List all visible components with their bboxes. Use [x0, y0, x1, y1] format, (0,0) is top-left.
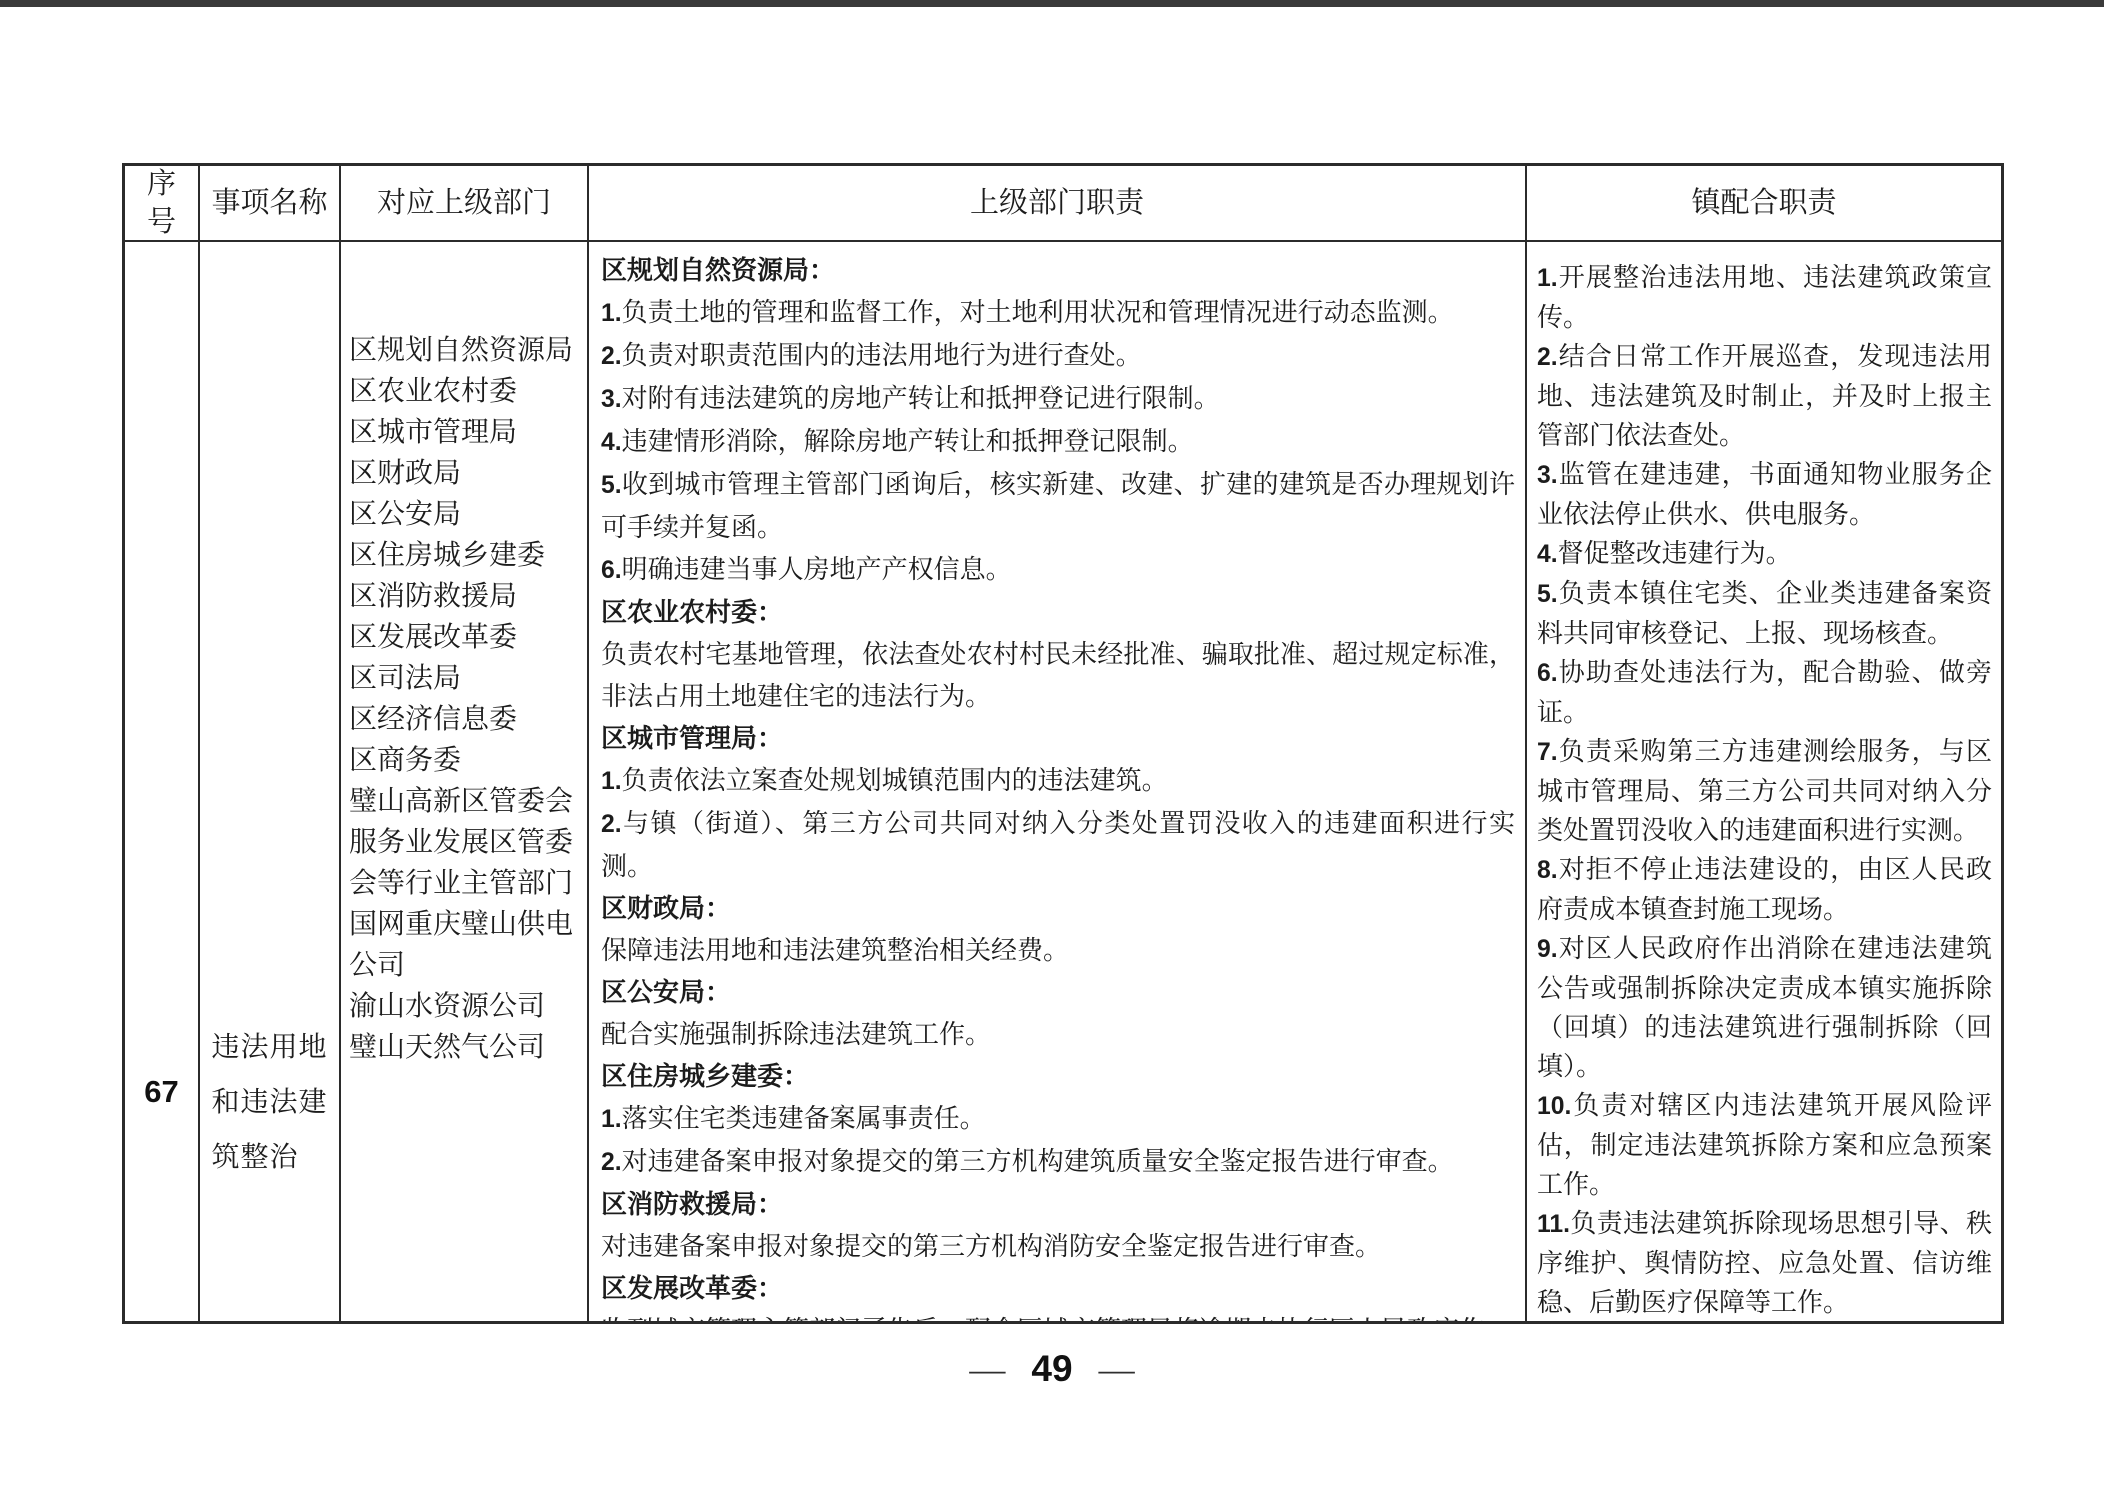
duty-number: 1.: [1537, 265, 1558, 292]
duty-text: 区发展改革委：: [601, 1274, 783, 1303]
header-town-duties: 镇配合职责: [1527, 166, 2001, 242]
duty-text: 负责对职责范围内的违法用地行为进行查处。: [622, 341, 1142, 370]
duty-text: 负责对辖区内违法建筑开展风险评估，制定违法建筑拆除方案和应急预案工作。: [1537, 1091, 1992, 1199]
duty-text: 结合日常工作开展巡查，发现违法用地、违法建筑及时制止，并及时上报主管部门依法查处…: [1537, 342, 1992, 450]
duty-paragraph: 4.督促整改违建行为。: [1537, 534, 1992, 574]
page-number: 49: [1031, 1348, 1072, 1390]
department-item: 渝山水资源公司: [349, 986, 579, 1027]
duty-text: 协助查处违法行为，配合勘验、做旁证。: [1537, 658, 1992, 727]
duty-text: 配合实施强制拆除违法建筑工作。: [601, 1020, 991, 1049]
item-name-text: 违法用地和违法建筑整治: [212, 1020, 328, 1185]
duty-paragraph: 7.负责采购第三方违建测绘服务，与区城市管理局、第三方公司共同对纳入分类处置罚没…: [1537, 732, 1992, 850]
duty-text: 与镇（街道）、第三方公司共同对纳入分类处置罚没收入的违建面积进行实测。: [601, 809, 1515, 881]
duty-number: 2.: [601, 1149, 622, 1176]
duty-number: 4.: [601, 429, 622, 456]
cell-departments: 区规划自然资源局区农业农村委区城市管理局区财政局区公安局区住房城乡建委区消防救援…: [341, 242, 589, 1321]
duty-paragraph: 6.协助查处违法行为，配合勘验、做旁证。: [1537, 653, 1992, 732]
duty-text: 区农业农村委：: [601, 598, 783, 627]
cell-seq-no: 67: [125, 242, 200, 1321]
duty-text: 收到城市管理主管部门函告后，配合区城市管理局将逾期未执行区人民政府作: [601, 1316, 1485, 1321]
duty-number: 5.: [1537, 581, 1558, 608]
header-item-name: 事项名称: [200, 166, 341, 242]
duty-text: 负责采购第三方违建测绘服务，与区城市管理局、第三方公司共同对纳入分类处置罚没收入…: [1537, 737, 1992, 845]
duty-paragraph: 区发展改革委：: [601, 1268, 1515, 1310]
duty-paragraph: 区规划自然资源局：: [601, 250, 1515, 292]
department-item: 区公安局: [349, 494, 579, 535]
duty-text: 区规划自然资源局：: [601, 256, 835, 285]
duty-number: 3.: [601, 386, 622, 413]
duty-paragraph: 2.与镇（街道）、第三方公司共同对纳入分类处置罚没收入的违建面积进行实测。: [601, 803, 1515, 888]
page-number-footer: — 49 —: [0, 1348, 2104, 1390]
duty-paragraph: 1.负责土地的管理和监督工作，对土地利用状况和管理情况进行动态监测。: [601, 292, 1515, 335]
superior-duty-list: 区规划自然资源局：1.负责土地的管理和监督工作，对土地利用状况和管理情况进行动态…: [601, 250, 1515, 1321]
header-superior-duties: 上级部门职责: [589, 166, 1527, 242]
department-item: 区商务委: [349, 740, 579, 781]
duty-paragraph: 9.对区人民政府作出消除在建违法建筑公告或强制拆除决定责成本镇实施拆除（回填）的…: [1537, 929, 1992, 1086]
duty-paragraph: 3.对附有违法建筑的房地产转让和抵押登记进行限制。: [601, 378, 1515, 421]
duty-number: 2.: [601, 343, 622, 370]
duty-paragraph: 对违建备案申报对象提交的第三方机构消防安全鉴定报告进行审查。: [601, 1226, 1515, 1268]
duty-text: 收到城市管理主管部门函询后，核实新建、改建、扩建的建筑是否办理规划许可手续并复函…: [601, 470, 1515, 542]
duty-paragraph: 2.负责对职责范围内的违法用地行为进行查处。: [601, 335, 1515, 378]
duty-text: 区公安局：: [601, 978, 731, 1007]
duty-number: 1.: [601, 768, 622, 795]
duty-text: 区住房城乡建委：: [601, 1062, 809, 1091]
duty-text: 开展整治违法用地、违法建筑政策宣传。: [1537, 263, 1992, 332]
duty-text: 督促整改违建行为。: [1558, 539, 1792, 568]
department-item: 区财政局: [349, 453, 579, 494]
department-item: 区经济信息委: [349, 699, 579, 740]
department-item: 区消防救援局: [349, 576, 579, 617]
duty-text: 区财政局：: [601, 894, 731, 923]
duty-text: 保障违法用地和违法建筑整治相关经费。: [601, 936, 1069, 965]
duty-paragraph: 区住房城乡建委：: [601, 1056, 1515, 1098]
department-item: 区规划自然资源局: [349, 330, 579, 371]
duty-paragraph: 2.对违建备案申报对象提交的第三方机构建筑质量安全鉴定报告进行审查。: [601, 1141, 1515, 1184]
duty-paragraph: 负责农村宅基地管理，依法查处农村村民未经批准、骗取批准、超过规定标准，非法占用土…: [601, 634, 1515, 718]
department-item: 区城市管理局: [349, 412, 579, 453]
duty-number: 6.: [601, 557, 622, 584]
duty-text: 负责违法建筑拆除现场思想引导、秩序维护、舆情防控、应急处置、信访维稳、后勤医疗保…: [1537, 1209, 1992, 1317]
duty-number: 4.: [1537, 541, 1558, 568]
duty-number: 7.: [1537, 739, 1558, 766]
duty-text: 落实住宅类违建备案属事责任。: [622, 1104, 986, 1133]
duty-paragraph: 8.对拒不停止违法建设的，由区人民政府责成本镇查封施工现场。: [1537, 850, 1992, 929]
duty-number: 2.: [601, 811, 622, 838]
duty-paragraph: 配合实施强制拆除违法建筑工作。: [601, 1014, 1515, 1056]
duty-paragraph: 10.负责对辖区内违法建筑开展风险评估，制定违法建筑拆除方案和应急预案工作。: [1537, 1086, 1992, 1204]
duty-number: 9.: [1537, 936, 1558, 963]
duty-text: 对拒不停止违法建设的，由区人民政府责成本镇查封施工现场。: [1537, 855, 1992, 924]
page-number-dash-left: —: [969, 1351, 1005, 1387]
department-list: 区规划自然资源局区农业农村委区城市管理局区财政局区公安局区住房城乡建委区消防救援…: [349, 330, 579, 1068]
duty-text: 区消防救援局：: [601, 1190, 783, 1219]
responsibilities-table: 序号 事项名称 对应上级部门 上级部门职责 镇配合职责 67 违法用地和违法建筑…: [122, 163, 2004, 1324]
duty-paragraph: 3.监管在建违建，书面通知物业服务企业依法停止供水、供电服务。: [1537, 455, 1992, 534]
duty-number: 6.: [1537, 660, 1558, 687]
duty-paragraph: 区农业农村委：: [601, 592, 1515, 634]
department-item: 区农业农村委: [349, 371, 579, 412]
duty-number: 1.: [601, 300, 622, 327]
duty-paragraph: 1.负责依法立案查处规划城镇范围内的违法建筑。: [601, 760, 1515, 803]
header-seq-no: 序号: [125, 166, 200, 242]
duty-number: 1.: [601, 1106, 622, 1133]
duty-number: 5.: [601, 472, 622, 499]
top-edge-rule: [0, 0, 2104, 7]
cell-item-name: 违法用地和违法建筑整治: [200, 242, 341, 1321]
header-seq-no-label: 序号: [145, 166, 179, 241]
duty-text: 负责土地的管理和监督工作，对土地利用状况和管理情况进行动态监测。: [622, 298, 1454, 327]
duty-paragraph: 5.负责本镇住宅类、企业类违建备案资料共同审核登记、上报、现场核查。: [1537, 574, 1992, 653]
duty-paragraph: 区城市管理局：: [601, 718, 1515, 760]
duty-text: 监管在建违建，书面通知物业服务企业依法停止供水、供电服务。: [1537, 460, 1992, 529]
department-item: 区司法局: [349, 658, 579, 699]
duty-paragraph: 6.明确违建当事人房地产产权信息。: [601, 549, 1515, 592]
duty-paragraph: 11.负责违法建筑拆除现场思想引导、秩序维护、舆情防控、应急处置、信访维稳、后勤…: [1537, 1204, 1992, 1321]
header-superior-departments: 对应上级部门: [341, 166, 589, 242]
department-item: 区住房城乡建委: [349, 535, 579, 576]
duty-number: 11.: [1537, 1211, 1570, 1238]
duty-number: 3.: [1537, 462, 1558, 489]
department-item: 璧山天然气公司: [349, 1027, 579, 1068]
department-item: 璧山高新区管委会服务业发展区管委会等行业主管部门: [349, 781, 579, 904]
duty-number: 2.: [1537, 344, 1558, 371]
duty-paragraph: 1.开展整治违法用地、违法建筑政策宣传。: [1537, 258, 1992, 337]
duty-text: 违建情形消除，解除房地产转让和抵押登记限制。: [622, 427, 1194, 456]
duty-number: 8.: [1537, 857, 1558, 884]
duty-text: 对区人民政府作出消除在建违法建筑公告或强制拆除决定责成本镇实施拆除（回填）的违法…: [1537, 934, 1992, 1081]
cell-town-duties: 1.开展整治违法用地、违法建筑政策宣传。2.结合日常工作开展巡查，发现违法用地、…: [1527, 242, 2001, 1321]
duty-text: 负责依法立案查处规划城镇范围内的违法建筑。: [622, 766, 1168, 795]
department-item: 国网重庆璧山供电公司: [349, 904, 579, 986]
duty-paragraph: 4.违建情形消除，解除房地产转让和抵押登记限制。: [601, 421, 1515, 464]
duty-text: 区城市管理局：: [601, 724, 783, 753]
duty-paragraph: 区公安局：: [601, 972, 1515, 1014]
cell-superior-duties: 区规划自然资源局：1.负责土地的管理和监督工作，对土地利用状况和管理情况进行动态…: [589, 242, 1527, 1321]
duty-text: 负责本镇住宅类、企业类违建备案资料共同审核登记、上报、现场核查。: [1537, 579, 1992, 648]
duty-paragraph: 2.结合日常工作开展巡查，发现违法用地、违法建筑及时制止，并及时上报主管部门依法…: [1537, 337, 1992, 455]
duty-text: 对附有违法建筑的房地产转让和抵押登记进行限制。: [622, 384, 1220, 413]
duty-paragraph: 保障违法用地和违法建筑整治相关经费。: [601, 930, 1515, 972]
duty-paragraph: 区财政局：: [601, 888, 1515, 930]
duty-text: 明确违建当事人房地产产权信息。: [622, 555, 1012, 584]
seq-number: 67: [144, 1074, 178, 1109]
duty-text: 负责农村宅基地管理，依法查处农村村民未经批准、骗取批准、超过规定标准，非法占用土…: [601, 640, 1515, 711]
duty-text: 对违建备案申报对象提交的第三方机构建筑质量安全鉴定报告进行审查。: [622, 1147, 1454, 1176]
town-duty-list: 1.开展整治违法用地、违法建筑政策宣传。2.结合日常工作开展巡查，发现违法用地、…: [1537, 258, 1992, 1321]
duty-paragraph: 收到城市管理主管部门函告后，配合区城市管理局将逾期未执行区人民政府作: [601, 1310, 1515, 1321]
duty-paragraph: 区消防救援局：: [601, 1184, 1515, 1226]
duty-paragraph: 1.落实住宅类违建备案属事责任。: [601, 1098, 1515, 1141]
department-item: 区发展改革委: [349, 617, 579, 658]
duty-number: 10.: [1537, 1093, 1571, 1120]
page-number-dash-right: —: [1099, 1351, 1135, 1387]
duty-text: 对违建备案申报对象提交的第三方机构消防安全鉴定报告进行审查。: [601, 1232, 1381, 1261]
duty-paragraph: 5.收到城市管理主管部门函询后，核实新建、改建、扩建的建筑是否办理规划许可手续并…: [601, 464, 1515, 549]
